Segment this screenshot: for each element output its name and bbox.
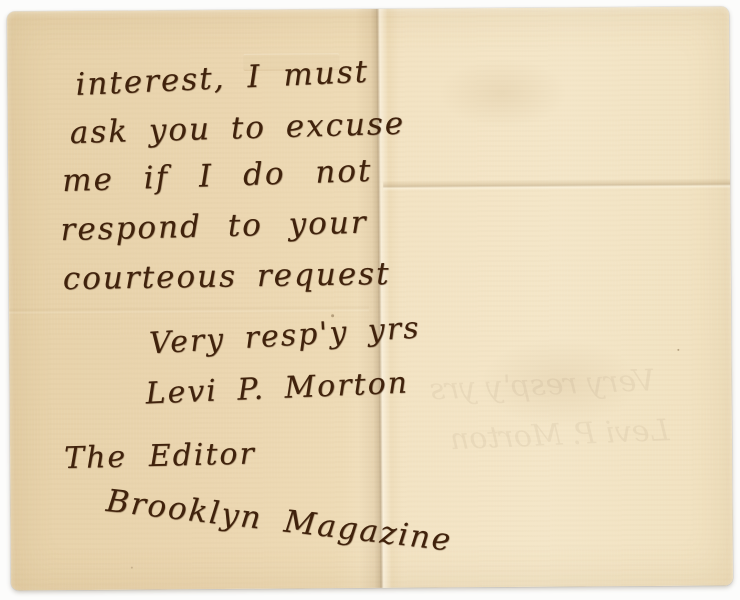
horizontal-crease-left — [9, 305, 369, 315]
letter-scan: Very resp'y yrs Levi P. Morton interest,… — [0, 0, 740, 600]
vertical-fold-crease — [355, 9, 403, 588]
handwriting-addressee: The Editor — [64, 436, 257, 476]
paper-speck — [131, 567, 133, 569]
handwriting-line-body-4: respond to your — [60, 205, 368, 248]
letter-paper: Very resp'y yrs Levi P. Morton interest,… — [7, 6, 733, 590]
handwriting-line-body-5: courteous request — [63, 256, 391, 297]
handwriting-line-body-3: me if I do not — [62, 153, 373, 199]
ink-showthrough-ghost: Levi P. Morton — [449, 413, 670, 457]
paper-smudge — [437, 58, 567, 129]
horizontal-crease-right — [383, 178, 730, 190]
paper-speck — [677, 349, 679, 351]
handwriting-line-body-1: interest, I must — [75, 54, 370, 103]
